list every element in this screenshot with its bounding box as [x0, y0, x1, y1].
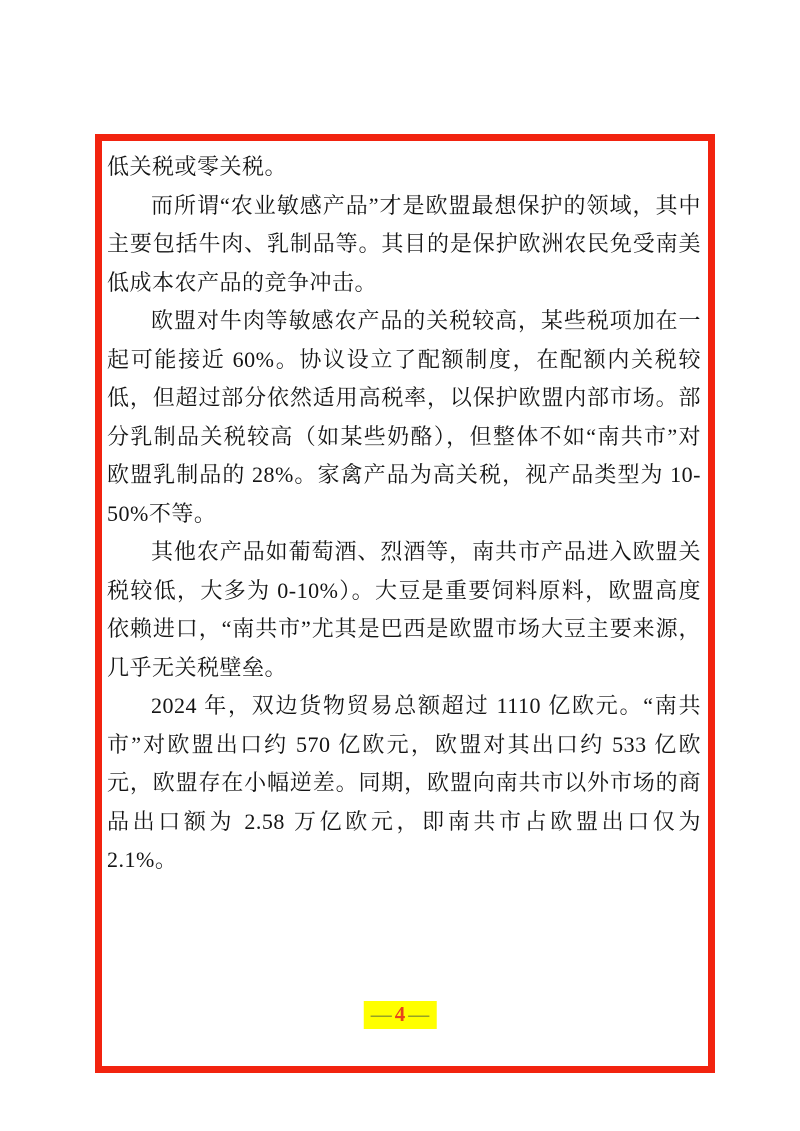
page-number-dash-left: — [371, 1002, 392, 1026]
paragraph: 欧盟对牛肉等敏感农产品的关税较高，某些税项加在一起可能接近 60%。协议设立了配… [107, 302, 701, 533]
paragraph: 其他农产品如葡萄酒、烈酒等，南共市产品进入欧盟关税较低，大多为 0-10%）。大… [107, 533, 701, 687]
page-number-value: 4 [392, 1002, 409, 1026]
text-body: 低关税或零关税。而所谓“农业敏感产品”才是欧盟最想保护的领域，其中主要包括牛肉、… [107, 148, 701, 880]
paragraph: 低关税或零关税。 [107, 148, 701, 187]
paragraph: 而所谓“农业敏感产品”才是欧盟最想保护的领域，其中主要包括牛肉、乳制品等。其目的… [107, 187, 701, 303]
page-red-border: 低关税或零关税。而所谓“农业敏感产品”才是欧盟最想保护的领域，其中主要包括牛肉、… [95, 134, 715, 1073]
page-number-badge: —4— [364, 1001, 437, 1029]
paragraph: 2024 年，双边货物贸易总额超过 1110 亿欧元。“南共市”对欧盟出口约 5… [107, 687, 701, 880]
page-number-dash-right: — [408, 1002, 429, 1026]
document-page: 低关税或零关税。而所谓“农业敏感产品”才是欧盟最想保护的领域，其中主要包括牛肉、… [0, 0, 800, 1131]
